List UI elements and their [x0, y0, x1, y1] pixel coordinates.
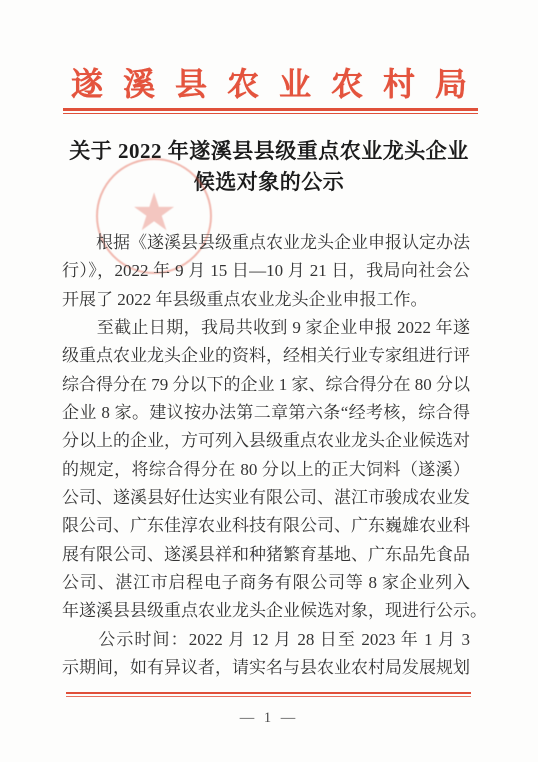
body-line: 示期间，如有异议者，请实名与县农业农村局发展规划与乡: [62, 654, 470, 682]
body-line: 的规定，将综合得分在 80 分以上的正大饲料（遂溪）有限: [62, 456, 470, 484]
letterhead: 遂溪县农业农村局: [0, 59, 538, 105]
body-line: 行）》，2022 年 9 月 15 日—10 月 21 日，我局向社会公示，: [62, 257, 470, 285]
body-line: 分以上的企业，方可列入县级重点农业龙头企业候选对象”: [62, 427, 470, 455]
body-line: 至截止日期，我局共收到 9 家企业申报 2022 年遂溪县县: [62, 314, 470, 342]
body-line: 公司、遂溪县好仕达实业有限公司、湛江市骏成农业发展有: [62, 484, 470, 512]
document-body: 根据《遂溪县县级重点农业龙头企业申报认定办法（试 行）》，2022 年 9 月 …: [62, 229, 470, 683]
body-line: 年遂溪县县级重点农业龙头企业候选对象，现进行公示。: [62, 597, 470, 625]
body-line: 级重点农业龙头企业的资料，经相关行业专家组进行评审，: [62, 342, 470, 370]
body-line: 展有限公司、遂溪县祥和种猪繁育基地、广东品先食品有限: [62, 541, 470, 569]
body-line: 公示时间：2022 月 12 月 28 日至 2023 年 1 月 3 日。公: [62, 626, 470, 654]
document-title-line2: 候选对象的公示: [0, 167, 538, 198]
body-line: 企业 8 家。建议按办法第二章第六条“经考核，综合得分 80: [62, 399, 470, 427]
letterhead-divider-rule: [63, 108, 478, 114]
document-page: 遂溪县农业农村局 关于 2022 年遂溪县县级重点农业龙头企业 候选对象的公示 …: [0, 0, 538, 762]
body-line: 开展了 2022 年县级重点农业龙头企业申报工作。: [62, 286, 470, 314]
document-title-line1: 关于 2022 年遂溪县县级重点农业龙头企业: [0, 136, 538, 167]
body-line: 限公司、广东佳淳农业科技有限公司、广东巍雄农业科技发: [62, 512, 470, 540]
org-name: 遂溪县农业农村局: [71, 59, 487, 105]
document-title: 关于 2022 年遂溪县县级重点农业龙头企业 候选对象的公示: [0, 136, 538, 198]
body-line: 公司、湛江市启程电子商务有限公司等 8 家企业列入 2022: [62, 569, 470, 597]
body-line: 综合得分在 79 分以下的企业 1 家、综合得分在 80 分以上的: [62, 371, 470, 399]
page-number: — 1 —: [0, 710, 538, 727]
body-line: 根据《遂溪县县级重点农业龙头企业申报认定办法（试: [62, 229, 470, 257]
footer-divider-rule: [66, 692, 471, 697]
